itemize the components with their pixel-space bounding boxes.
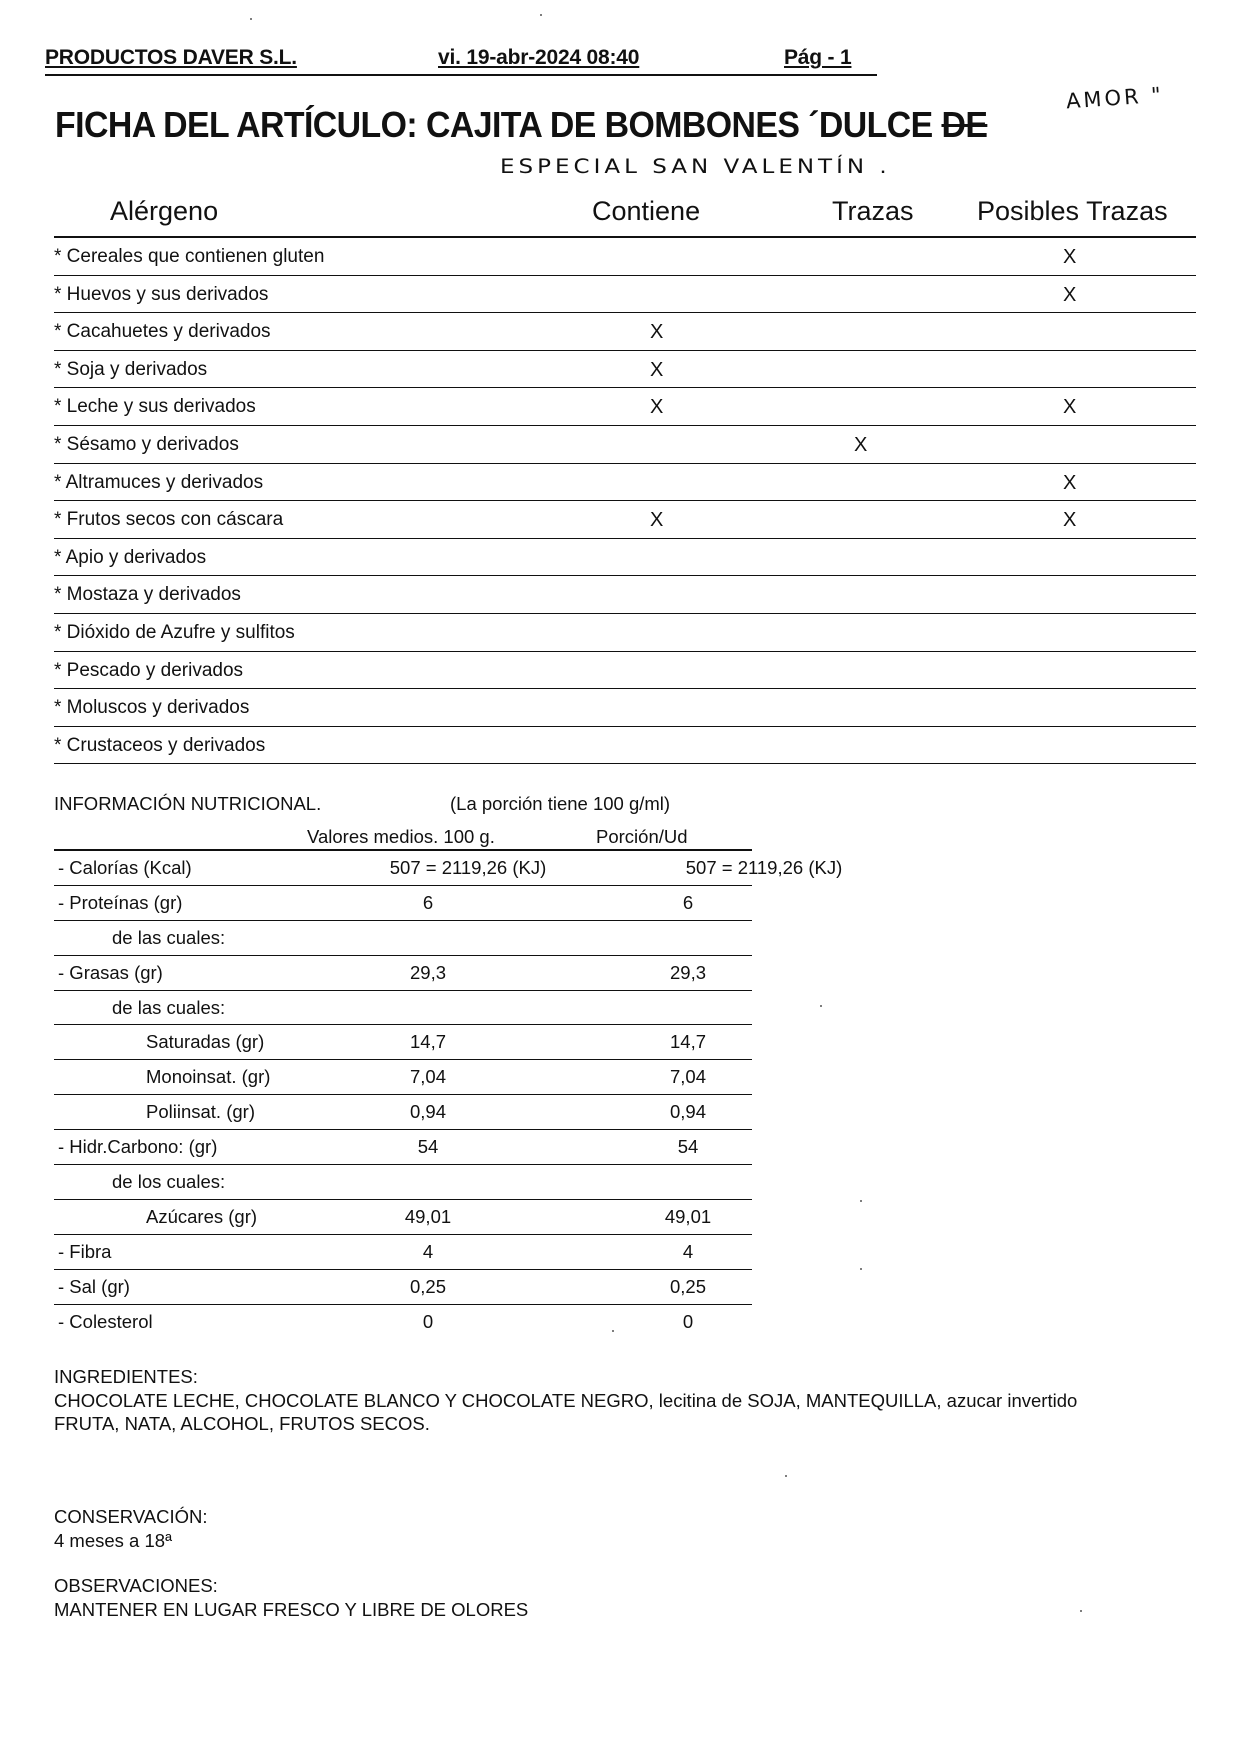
possible-traces-mark: X: [1063, 246, 1076, 269]
allergen-table: * Cereales que contienen glutenX* Huevos…: [54, 238, 1196, 764]
nutrient-label: Poliinsat. (gr): [146, 1101, 255, 1123]
allergen-name: * Cereales que contienen gluten: [54, 246, 324, 268]
portion-value: 507 = 2119,26 (KJ): [686, 857, 843, 879]
contains-mark: X: [650, 321, 663, 344]
contains-mark: X: [650, 359, 663, 382]
scan-speck: [250, 18, 252, 20]
allergen-row: * Mostaza y derivados: [54, 576, 1196, 614]
scan-speck: [860, 1268, 862, 1270]
allergen-row: * Pescado y derivados: [54, 652, 1196, 690]
allergen-row: * Dióxido de Azufre y sulfitos: [54, 614, 1196, 652]
observations-label: OBSERVACIONES:: [54, 1575, 218, 1597]
portion-value: 6: [683, 892, 693, 914]
allergen-name: * Moluscos y derivados: [54, 697, 249, 719]
possible-traces-col-header: Posibles Trazas: [977, 196, 1168, 227]
possible-traces-mark: X: [1063, 396, 1076, 419]
nutrient-label: - Proteínas (gr): [58, 892, 182, 914]
per100-value: 4: [423, 1241, 433, 1263]
scan-speck: [540, 14, 542, 16]
title-text: FICHA DEL ARTÍCULO: CAJITA DE BOMBONES ´…: [55, 104, 941, 145]
scan-speck: [820, 1005, 822, 1007]
ingredients-label: INGREDIENTES:: [54, 1366, 198, 1388]
nutrition-row: de las cuales:: [54, 921, 752, 956]
header-rule: [45, 74, 877, 76]
nutrient-label: - Grasas (gr): [58, 962, 163, 984]
contains-col-header: Contiene: [592, 196, 700, 227]
allergen-col-header: Alérgeno: [110, 196, 218, 227]
per100-value: 29,3: [410, 962, 446, 984]
allergen-name: * Mostaza y derivados: [54, 584, 241, 606]
traces-mark: X: [854, 434, 867, 457]
nutrient-label: Monoinsat. (gr): [146, 1066, 270, 1088]
scan-speck: [785, 1475, 787, 1477]
portion-value: 0: [683, 1311, 693, 1333]
nutrition-row: Poliinsat. (gr)0,940,94: [54, 1095, 752, 1130]
nutrition-row: Azúcares (gr)49,0149,01: [54, 1200, 752, 1235]
nutrient-label: - Colesterol: [58, 1311, 153, 1333]
per100-value: 54: [418, 1136, 439, 1158]
per100-value: 507 = 2119,26 (KJ): [390, 857, 547, 879]
contains-mark: X: [650, 509, 663, 532]
portion-value: 0,94: [670, 1101, 706, 1123]
per100-value: 49,01: [405, 1206, 451, 1228]
page-title: FICHA DEL ARTÍCULO: CAJITA DE BOMBONES ´…: [55, 104, 987, 146]
nutrient-label: - Fibra: [58, 1241, 111, 1263]
title-struck-word: DE: [941, 104, 987, 145]
allergen-name: * Dióxido de Azufre y sulfitos: [54, 622, 295, 644]
possible-traces-mark: X: [1063, 284, 1076, 307]
scan-speck: [860, 1200, 862, 1202]
nutrient-label: - Sal (gr): [58, 1276, 130, 1298]
scan-speck: [1080, 1610, 1082, 1612]
portion-value: 0,25: [670, 1276, 706, 1298]
nutrient-label: - Calorías (Kcal): [58, 857, 192, 879]
allergen-row: * Frutos secos con cáscaraXX: [54, 501, 1196, 539]
nutrient-label: Azúcares (gr): [146, 1206, 257, 1228]
per100-value: 0,25: [410, 1276, 446, 1298]
allergen-name: * Soja y derivados: [54, 359, 207, 381]
nutrient-label: de las cuales:: [112, 927, 225, 949]
per100-value: 14,7: [410, 1031, 446, 1053]
allergen-row: * Huevos y sus derivadosX: [54, 276, 1196, 314]
per100-col-header: Valores medios. 100 g.: [307, 826, 495, 848]
allergen-row: * Soja y derivadosX: [54, 351, 1196, 389]
nutrition-table: - Calorías (Kcal)507 = 2119,26 (KJ)507 =…: [54, 851, 752, 1338]
company-name: PRODUCTOS DAVER S.L.: [45, 46, 297, 70]
ingredients-line-1: CHOCOLATE LECHE, CHOCOLATE BLANCO Y CHOC…: [54, 1389, 1077, 1412]
portion-note: (La porción tiene 100 g/ml): [450, 793, 670, 815]
nutrition-row: - Proteínas (gr)66: [54, 886, 752, 921]
nutrient-label: - Hidr.Carbono: (gr): [58, 1136, 217, 1158]
nutrient-label: Saturadas (gr): [146, 1031, 264, 1053]
nutrition-row: - Hidr.Carbono: (gr)5454: [54, 1130, 752, 1165]
nutrition-row: Saturadas (gr)14,714,7: [54, 1025, 752, 1060]
allergen-name: * Pescado y derivados: [54, 660, 243, 682]
per100-value: 7,04: [410, 1066, 446, 1088]
per100-value: 6: [423, 892, 433, 914]
nutrition-row: - Sal (gr)0,250,25: [54, 1270, 752, 1305]
allergen-name: * Huevos y sus derivados: [54, 284, 268, 306]
per100-value: 0: [423, 1311, 433, 1333]
conservation-value: 4 meses a 18ª: [54, 1529, 172, 1552]
allergen-row: * Cacahuetes y derivadosX: [54, 313, 1196, 351]
nutrition-title: INFORMACIÓN NUTRICIONAL.: [54, 793, 321, 815]
allergen-name: * Apio y derivados: [54, 547, 206, 569]
allergen-row: * Moluscos y derivados: [54, 689, 1196, 727]
scan-speck: [612, 1330, 614, 1332]
allergen-name: * Altramuces y derivados: [54, 472, 263, 494]
allergen-row: * Apio y derivados: [54, 539, 1196, 577]
nutrition-row: de las cuales:: [54, 991, 752, 1026]
handwritten-subtitle: ESPECIAL SAN VALENTÍN .: [500, 156, 891, 178]
allergen-name: * Leche y sus derivados: [54, 396, 256, 418]
allergen-name: * Frutos secos con cáscara: [54, 509, 283, 531]
portion-value: 7,04: [670, 1066, 706, 1088]
conservation-label: CONSERVACIÓN:: [54, 1506, 208, 1528]
portion-col-header: Porción/Ud: [596, 826, 688, 848]
nutrition-row: Monoinsat. (gr)7,047,04: [54, 1060, 752, 1095]
handwritten-insert: AMOR ": [1065, 83, 1164, 114]
nutrition-row: - Grasas (gr)29,329,3: [54, 956, 752, 991]
allergen-row: * Sésamo y derivadosX: [54, 426, 1196, 464]
nutrition-row: - Colesterol00: [54, 1305, 752, 1339]
portion-value: 14,7: [670, 1031, 706, 1053]
possible-traces-mark: X: [1063, 509, 1076, 532]
allergen-name: * Sésamo y derivados: [54, 434, 239, 456]
nutrient-label: de los cuales:: [112, 1171, 225, 1193]
observations-value: MANTENER EN LUGAR FRESCO Y LIBRE DE OLOR…: [54, 1598, 528, 1621]
allergen-row: * Altramuces y derivadosX: [54, 464, 1196, 502]
nutrient-label: de las cuales:: [112, 997, 225, 1019]
page-number: Pág - 1: [784, 46, 851, 70]
traces-col-header: Trazas: [832, 196, 914, 227]
portion-value: 49,01: [665, 1206, 711, 1228]
allergen-row: * Cereales que contienen glutenX: [54, 238, 1196, 276]
per100-value: 0,94: [410, 1101, 446, 1123]
nutrition-row: - Fibra44: [54, 1235, 752, 1270]
portion-value: 29,3: [670, 962, 706, 984]
nutrition-row: de los cuales:: [54, 1165, 752, 1200]
portion-value: 54: [678, 1136, 699, 1158]
allergen-row: * Leche y sus derivadosXX: [54, 388, 1196, 426]
nutrition-row: - Calorías (Kcal)507 = 2119,26 (KJ)507 =…: [54, 851, 752, 886]
contains-mark: X: [650, 396, 663, 419]
possible-traces-mark: X: [1063, 472, 1076, 495]
print-datetime: vi. 19-abr-2024 08:40: [438, 46, 639, 70]
allergen-row: * Crustaceos y derivados: [54, 727, 1196, 765]
ingredients-line-2: FRUTA, NATA, ALCOHOL, FRUTOS SECOS.: [54, 1412, 430, 1435]
allergen-name: * Crustaceos y derivados: [54, 735, 265, 757]
allergen-name: * Cacahuetes y derivados: [54, 321, 271, 343]
portion-value: 4: [683, 1241, 693, 1263]
